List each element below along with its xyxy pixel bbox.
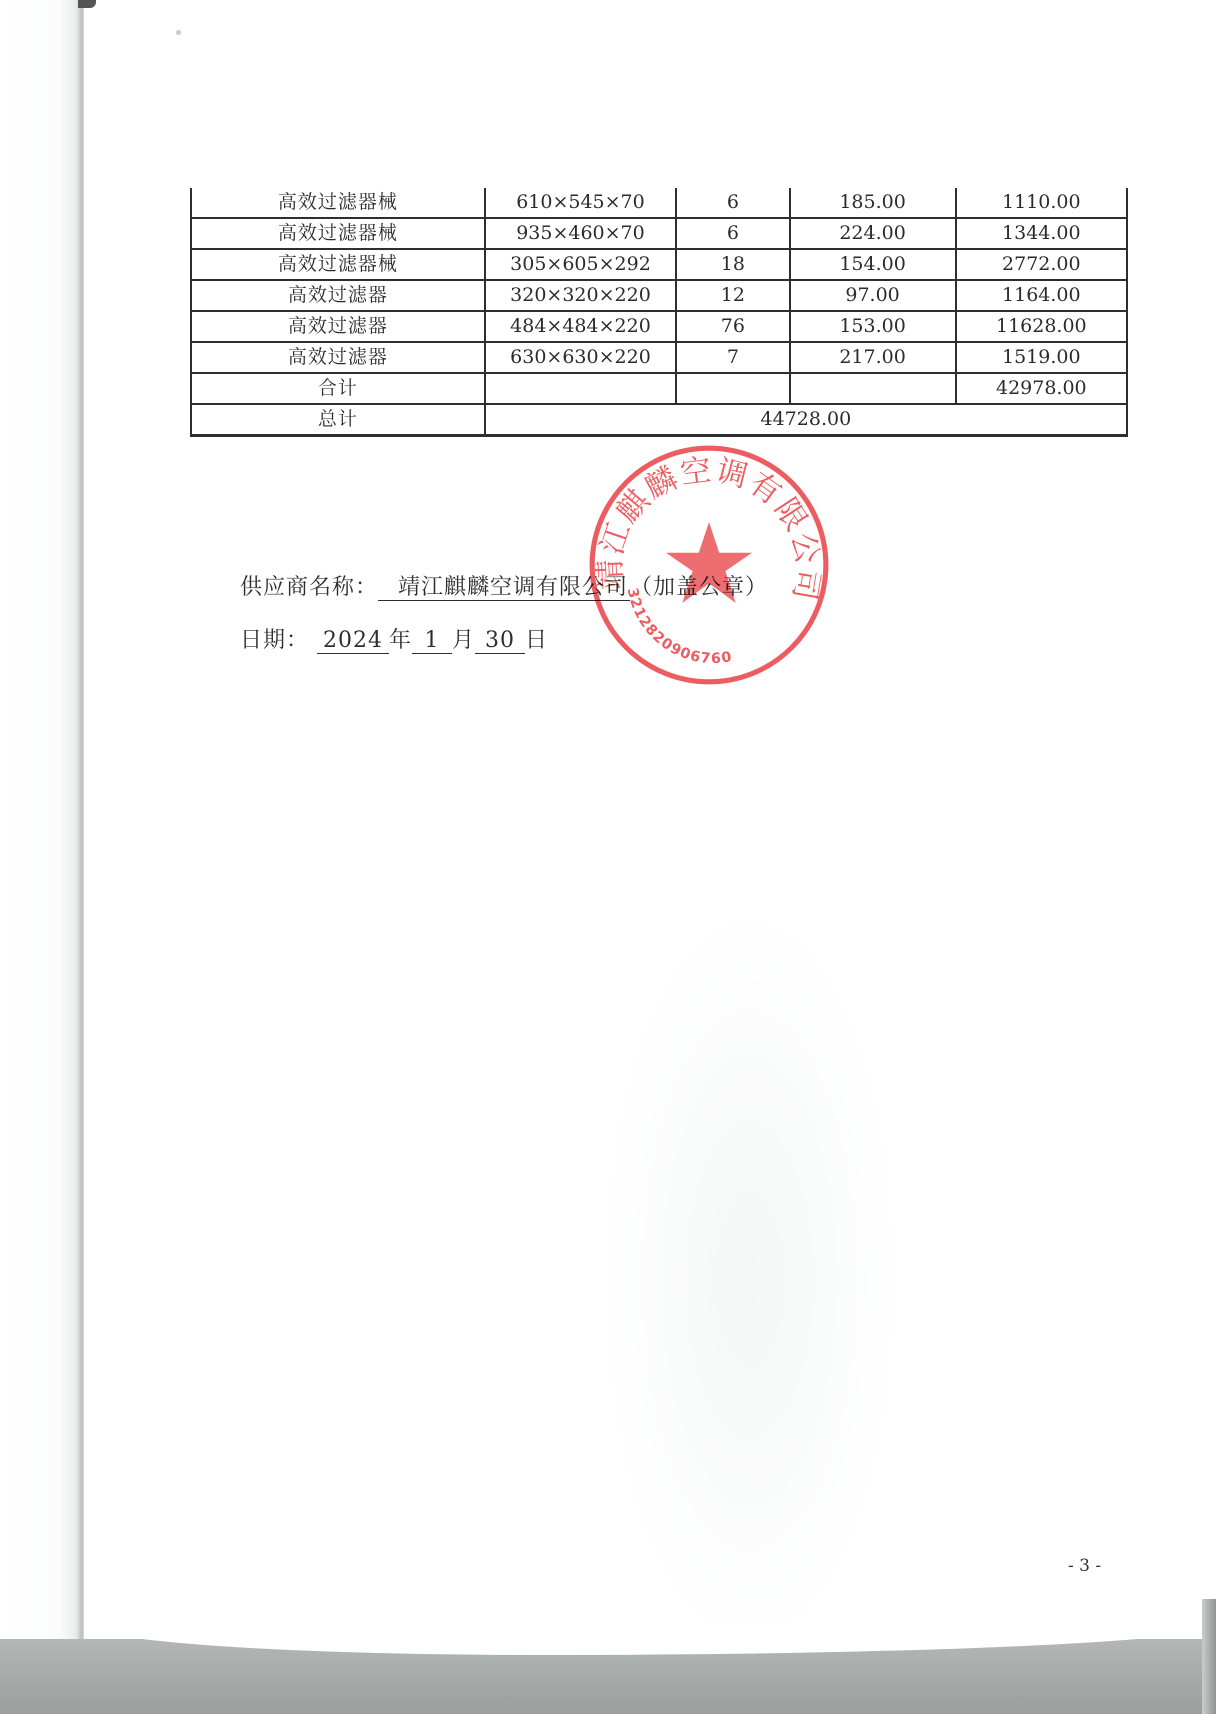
company-seal-icon: 靖江麒麟空调有限公司 3212820906760 xyxy=(586,442,832,688)
item-qty: 76 xyxy=(676,311,789,342)
year-unit: 年 xyxy=(389,628,412,653)
table-row: 高效过滤器械 305×605×292 18 154.00 2772.00 xyxy=(191,249,1127,280)
scan-bottom-edge xyxy=(0,1639,1216,1714)
scan-speck xyxy=(176,30,181,35)
supplier-name: 靖江麒麟空调有限公司 xyxy=(378,576,630,601)
table-row: 高效过滤器 484×484×220 76 153.00 11628.00 xyxy=(191,311,1127,342)
item-spec: 610×545×70 xyxy=(485,188,677,218)
item-name: 高效过滤器 xyxy=(191,280,485,311)
table-row: 高效过滤器 320×320×220 12 97.00 1164.00 xyxy=(191,280,1127,311)
table-row: 高效过滤器 630×630×220 7 217.00 1519.00 xyxy=(191,342,1127,373)
item-name: 高效过滤器 xyxy=(191,311,485,342)
grand-total-row: 总计 44728.00 xyxy=(191,404,1127,436)
item-unit-price: 153.00 xyxy=(790,311,956,342)
item-amount: 1164.00 xyxy=(956,280,1127,311)
date-label: 日期： xyxy=(240,628,309,653)
item-qty: 7 xyxy=(676,342,789,373)
item-qty: 6 xyxy=(676,218,789,249)
item-spec: 320×320×220 xyxy=(485,280,677,311)
scan-left-margin xyxy=(0,0,84,1714)
item-amount: 2772.00 xyxy=(956,249,1127,280)
item-qty: 12 xyxy=(676,280,789,311)
item-name: 高效过滤器械 xyxy=(191,188,485,218)
item-amount: 11628.00 xyxy=(956,311,1127,342)
subtotal-row: 合计 42978.00 xyxy=(191,373,1127,404)
date-month: 1 xyxy=(412,629,452,654)
supplier-line: 供应商名称：靖江麒麟空调有限公司（加盖公章） xyxy=(240,570,768,601)
empty-cell xyxy=(790,373,956,404)
item-unit-price: 217.00 xyxy=(790,342,956,373)
item-unit-price: 224.00 xyxy=(790,218,956,249)
item-amount: 1344.00 xyxy=(956,218,1127,249)
item-spec: 630×630×220 xyxy=(485,342,677,373)
item-name: 高效过滤器械 xyxy=(191,218,485,249)
item-unit-price: 97.00 xyxy=(790,280,956,311)
table-row: 高效过滤器械 610×545×70 6 185.00 1110.00 xyxy=(191,188,1127,218)
item-qty: 6 xyxy=(676,188,789,218)
item-name: 高效过滤器 xyxy=(191,342,485,373)
subtotal-amount: 42978.00 xyxy=(956,373,1127,404)
month-unit: 月 xyxy=(452,628,475,653)
item-name: 高效过滤器械 xyxy=(191,249,485,280)
grand-total-label: 总计 xyxy=(191,404,485,436)
seal-note: （加盖公章） xyxy=(630,575,768,600)
scan-artifact xyxy=(78,0,96,8)
item-unit-price: 185.00 xyxy=(790,188,956,218)
date-day: 30 xyxy=(475,629,525,654)
item-spec: 305×605×292 xyxy=(485,249,677,280)
grand-total-amount: 44728.00 xyxy=(485,404,1127,436)
item-unit-price: 154.00 xyxy=(790,249,956,280)
empty-cell xyxy=(485,373,677,404)
item-qty: 18 xyxy=(676,249,789,280)
page-number: - 3 - xyxy=(1068,1556,1101,1576)
day-unit: 日 xyxy=(525,628,548,653)
table-row: 高效过滤器械 935×460×70 6 224.00 1344.00 xyxy=(191,218,1127,249)
item-spec: 484×484×220 xyxy=(485,311,677,342)
empty-cell xyxy=(676,373,789,404)
supplier-label: 供应商名称： xyxy=(240,575,378,600)
subtotal-label: 合计 xyxy=(191,373,485,404)
item-amount: 1519.00 xyxy=(956,342,1127,373)
item-spec: 935×460×70 xyxy=(485,218,677,249)
date-year: 2024 xyxy=(317,629,389,654)
price-table: 高效过滤器械 610×545×70 6 185.00 1110.00 高效过滤器… xyxy=(190,188,1128,437)
item-amount: 1110.00 xyxy=(956,188,1127,218)
date-line: 日期： 2024年1月30日 xyxy=(240,623,548,654)
paper-shade xyxy=(600,900,900,1660)
